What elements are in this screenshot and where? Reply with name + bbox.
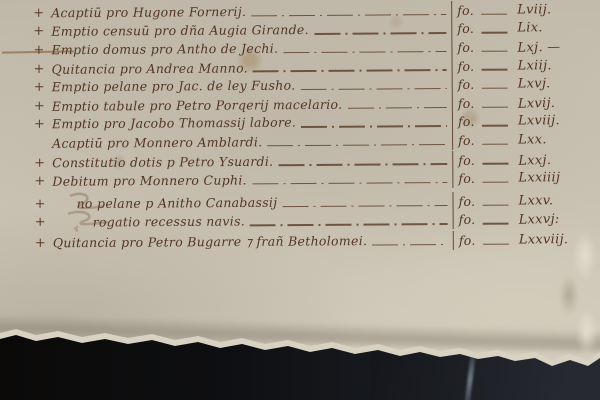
dotted-leader: [300, 88, 446, 90]
folio-number: Lxviij.: [516, 113, 592, 129]
cross-mark: +: [22, 197, 52, 212]
folio-label: fo.: [458, 77, 475, 92]
folio-number: Lxxv.: [516, 193, 592, 209]
dotted-leader: [301, 125, 447, 127]
entry-text: Quitancia pro Petro Bugarre ⁊ frañ Betho…: [53, 233, 368, 250]
cross-mark: +: [23, 215, 53, 230]
dotted-leader: [253, 69, 447, 72]
dotted-leader: [482, 204, 511, 206]
dotted-leader: [278, 163, 447, 166]
dotted-leader: [283, 51, 446, 54]
entry-text: Emptio domus pro Antho de Jechi.: [51, 41, 278, 58]
folio-number: Lxxiiij: [516, 170, 592, 186]
ledger-row: + Quitancia pro Petro Bugarre ⁊ frañ Bet…: [23, 230, 593, 253]
folio-number: Lxiij.: [516, 58, 592, 74]
cross-mark: +: [22, 80, 52, 95]
entry-text: Emptio pelane pro Jac. de ley Fusho.: [52, 78, 296, 95]
dotted-leader: [481, 50, 510, 52]
folio-number: Lxxvj:: [516, 211, 592, 228]
cross-mark: +: [22, 117, 52, 132]
folio-number: Lxxviij.: [517, 232, 593, 248]
dotted-leader: [482, 106, 511, 108]
folio-column: fo. Lxxj.: [452, 150, 592, 170]
folio-label: fo.: [459, 212, 476, 227]
folio-column: fo. Lix.: [451, 19, 591, 39]
folio-label: fo.: [458, 114, 475, 129]
folio-label: fo.: [457, 40, 474, 55]
cross-mark: +: [22, 99, 52, 114]
folio-label: fo.: [458, 171, 475, 186]
cross-mark: +: [21, 43, 51, 58]
folio-label: fo.: [457, 21, 474, 36]
dotted-leader: [482, 125, 511, 127]
dotted-leader: [252, 182, 447, 185]
entry-text: Debitum pro Monnero Cuphi.: [52, 173, 247, 189]
dotted-leader: [314, 32, 446, 34]
folio-column: fo. Lxx.: [452, 130, 592, 150]
dotted-leader: [481, 32, 510, 34]
ledger-row: + Debitum pro Monnero Cuphi. fo. Lxxiiij: [22, 168, 592, 191]
folio-label: fo.: [459, 233, 476, 248]
folio-number: Lxj. —: [515, 39, 591, 56]
dotted-leader: [372, 244, 448, 246]
folio-label: fo.: [457, 3, 474, 18]
entry-text: rogatio recessus navis.: [53, 214, 245, 230]
entry-text: Acaptiū pro Hugone Fornerij.: [51, 4, 246, 20]
dotted-leader: [482, 182, 511, 184]
dotted-leader: [481, 69, 510, 71]
folio-number: Lxvj.: [516, 76, 592, 92]
entry-text: Quitancia pro Andrea Manno.: [52, 60, 248, 76]
folio-label: fo.: [458, 58, 475, 73]
dotted-leader: [267, 144, 447, 147]
ledger-row: + rogatio recessus navis. fo. Lxxvj:: [23, 210, 593, 233]
dotted-leader: [483, 243, 512, 245]
dotted-leader: [482, 88, 511, 90]
folio-label: fo.: [458, 152, 475, 167]
folio-number: Lxxj.: [516, 151, 592, 168]
entry-text: Emptio tabule pro Petro Porqerij macelar…: [52, 97, 343, 114]
entry-text: no pelane p Anitho Canabassij: [52, 194, 277, 211]
dotted-leader: [251, 14, 446, 17]
cross-mark: +: [22, 61, 52, 76]
folio-column: fo. Lxxiiij: [452, 168, 592, 188]
cross-mark: +: [21, 24, 51, 39]
manuscript-photo: + Acaptiū pro Hugone Fornerij. fo. Lviij…: [0, 0, 600, 400]
folio-column: fo. Lxvj.: [452, 74, 592, 94]
dotted-leader: [482, 223, 511, 225]
dotted-leader: [250, 223, 448, 226]
folio-number: Lxvij.: [516, 95, 592, 112]
cross-mark: +: [22, 174, 52, 189]
entry-text: Emptio censuū pro dña Augia Girande.: [51, 22, 309, 39]
dotted-leader: [482, 143, 511, 145]
entry-text: Acaptiū pro Monnero Amblardi.: [52, 134, 262, 150]
folio-column: fo. Lviij.: [451, 0, 591, 20]
dotted-leader: [481, 13, 510, 15]
folio-label: fo.: [458, 133, 475, 148]
folio-column: fo. Lxxviij.: [453, 230, 593, 250]
ledger: + Acaptiū pro Hugone Fornerij. fo. Lviij…: [21, 0, 593, 253]
folio-label: fo.: [458, 96, 475, 111]
dotted-leader: [347, 107, 446, 109]
folio-column: fo. Lxiij.: [452, 56, 592, 76]
ledger-row: Acaptiū pro Monnero Amblardi. fo. Lxx.: [22, 130, 592, 153]
folio-number: Lix.: [515, 20, 591, 36]
folio-column: fo. Lxvij.: [452, 93, 592, 113]
dotted-leader: [282, 205, 447, 208]
folio-column: fo. Lxxvj:: [453, 210, 593, 230]
cross-mark: +: [22, 155, 52, 170]
cross-mark: +: [23, 236, 53, 251]
entry-text: Constitutio dotis p Petro Ysuardi.: [52, 153, 273, 170]
entry-text: Emptio pro Jacobo Thomassij labore.: [52, 115, 296, 132]
dotted-leader: [482, 163, 511, 165]
cross-mark: +: [21, 6, 51, 21]
crumpled-corner: [550, 232, 600, 364]
folio-number: Lxx.: [516, 132, 592, 148]
folio-number: Lviij.: [515, 2, 591, 18]
folio-column: fo. Lxj. —: [451, 37, 591, 57]
folio-column: fo. Lxviij.: [452, 112, 592, 132]
folio-label: fo.: [458, 194, 475, 209]
folio-column: fo. Lxxv.: [452, 191, 592, 211]
